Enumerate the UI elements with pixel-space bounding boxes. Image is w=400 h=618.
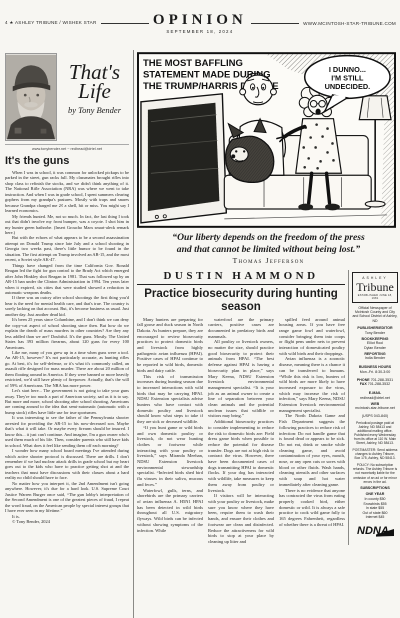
staff-name: Dylan Bender <box>352 346 398 351</box>
header-website: WWW.MCINTOSH-STAR-TRIBUNE.COM <box>303 21 396 26</box>
quote-attribution: Thomas Jefferson <box>137 256 400 265</box>
tony-bender-photo <box>5 53 57 141</box>
email-address: redhead@drtel.net <box>352 396 398 401</box>
editorial-cartoon: THE MOST BAFFLING STATEMENT MADE DURING … <box>137 52 396 228</box>
header-rule-right <box>251 23 299 24</box>
bubble-line3: UNDECIDED. <box>325 82 371 91</box>
fax-label: FAX <box>360 382 367 386</box>
column-byline: by Tony Bender <box>60 105 129 115</box>
jefferson-quote: “Our liberty depends on the freedom of t… <box>137 232 400 265</box>
column-headline: It's the guns <box>5 155 129 167</box>
article-column-3: spilled feed around animal housing areas… <box>279 317 345 545</box>
columnist-contact-line: www.tonybender.net ~ redhead@drtel.net <box>5 144 129 152</box>
newspaper-page: 4 ★ ASHLEY TRIBUNE / WISHEK STAR OPINION… <box>0 0 400 618</box>
header-left-slug: 4 ★ ASHLEY TRIBUNE / WISHEK STAR <box>5 20 97 26</box>
tribune-brand: Tribune <box>354 281 396 293</box>
tribune-established: ESTABLISHED JUNE 18, 1981 <box>354 294 396 300</box>
article-columns: Many hunters are preparing for fall goos… <box>137 317 345 545</box>
quote-line1: “Our liberty depends on the freedom of t… <box>137 232 400 244</box>
section-title: OPINION <box>153 13 247 27</box>
cartoon-caption-line1: THE MOST BAFFLING <box>143 58 243 69</box>
tribune-logo-box: ASHLEY Tribune ESTABLISHED JUNE 18, 1981 <box>352 272 398 303</box>
columnist-portrait <box>6 54 56 140</box>
thats-life-column: That's Life by Tony Bender www.tonybende… <box>5 50 133 618</box>
periodical-notice: Periodical postage paid at Ashley, ND 58… <box>352 421 398 446</box>
fax-number: 701-288-3532 <box>368 382 390 386</box>
ndna-logo: NDNA <box>352 523 398 542</box>
article-column-2: waterfowl are the primary carriers, posi… <box>208 317 274 545</box>
biosecurity-article: DUSTIN HAMMOND Practice biosecurity duri… <box>137 270 345 545</box>
right-region: THE MOST BAFFLING STATEMENT MADE DURING … <box>133 50 400 618</box>
subscriptions-label: SUBSCRIPTIONS <box>352 486 398 491</box>
article-headline: Practice biosecurity during hunting seas… <box>137 284 345 314</box>
web-address: mcintosh-star-tribune.net <box>352 406 398 411</box>
phone-number: 701-288-3531 <box>371 378 393 382</box>
cartoon-tv <box>141 94 226 223</box>
editorial-cartoon-drawing: THE MOST BAFFLING STATEMENT MADE DURING … <box>137 52 396 228</box>
staff-name: Tony Bender <box>352 331 398 336</box>
column-title-line2: Life <box>60 82 129 101</box>
header-rule-left <box>101 23 149 24</box>
column-body: When I was in school, it was common for … <box>5 170 129 524</box>
section-title-block: OPINION SEPTEMBER 18, 2024 <box>153 13 247 34</box>
column-title-block: That's Life by Tony Bender <box>60 53 129 141</box>
policy-notice: POLICY: No subscription refunds. The Ash… <box>352 463 398 484</box>
page-content: That's Life by Tony Bender www.tonybende… <box>5 50 400 618</box>
subscription-rates: In county $50Snowbirds $55In state $55Ou… <box>352 497 398 520</box>
phone-label: PHONE <box>357 378 370 382</box>
article-byline: DUSTIN HAMMOND <box>137 270 345 282</box>
tribune-masthead: ASHLEY Tribune ESTABLISHED JUNE 18, 1981… <box>348 270 400 545</box>
usps-number: (USPS 043-840) <box>352 414 398 419</box>
issue-date: SEPTEMBER 18, 2024 <box>153 29 247 34</box>
quote-line2: and that cannot be limited without being… <box>137 244 400 256</box>
ndna-logo-graphic: NDNA <box>356 523 394 537</box>
postmaster-notice: POSTMASTER: Send address changes to Ashl… <box>352 448 398 460</box>
official-newspaper-note: Official Newspaper of McIntosh County an… <box>352 306 398 324</box>
article-column-1: Many hunters are preparing for fall goos… <box>137 317 203 545</box>
article-and-masthead-row: DUSTIN HAMMOND Practice biosecurity duri… <box>137 270 400 545</box>
page-header: 4 ★ ASHLEY TRIBUNE / WISHEK STAR OPINION… <box>5 13 396 34</box>
columnist-header: That's Life by Tony Bender <box>5 53 129 141</box>
